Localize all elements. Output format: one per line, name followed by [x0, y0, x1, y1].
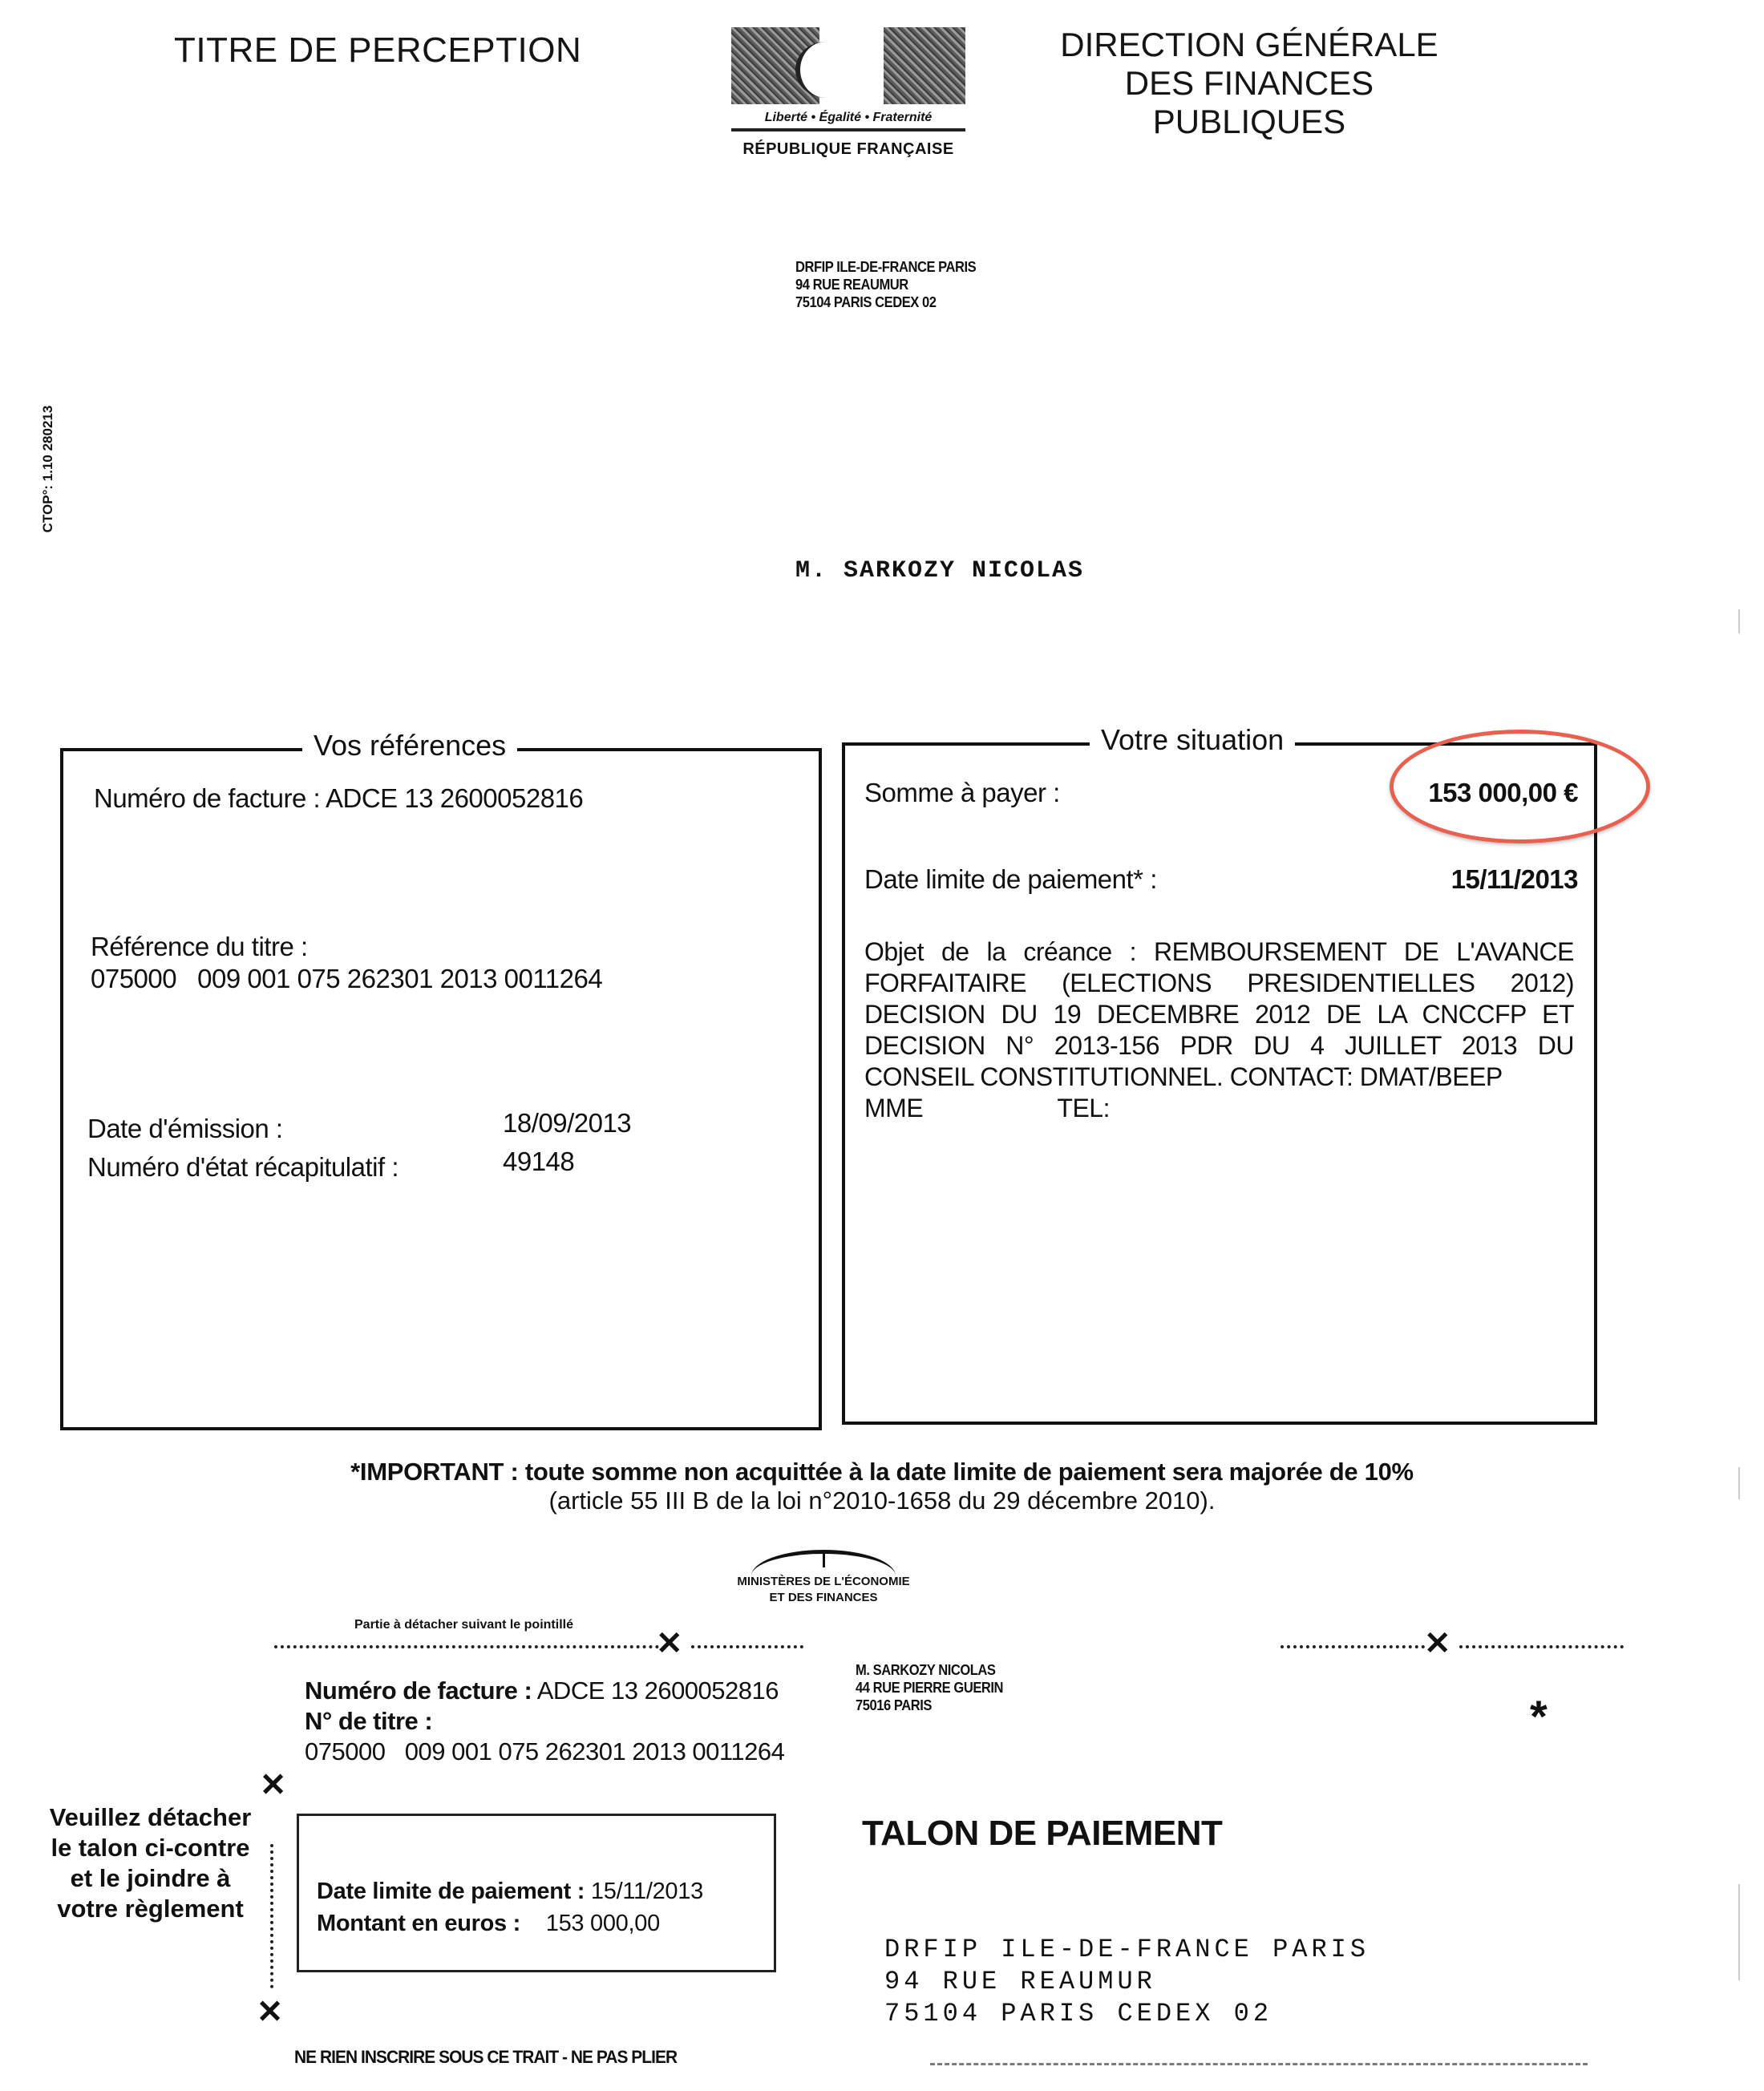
late-payment-notice: *IMPORTANT : toute somme non acquittée à…: [0, 1458, 1764, 1515]
notice-line-2: (article 55 III B de la loi n°2010-1658 …: [0, 1486, 1764, 1515]
return-address-line: 75104 PARIS CEDEX 02: [884, 1998, 1370, 2030]
scissors-icon: ✕: [1424, 1628, 1451, 1660]
payer-address-line: M. SARKOZY NICOLAS: [856, 1661, 1003, 1679]
due-date-value: 15/11/2013: [1451, 864, 1578, 895]
amount-label: Somme à payer :: [864, 778, 1060, 808]
scissors-icon: ✕: [256, 1770, 288, 1798]
claim-object: Objet de la créance : REMBOURSEMENT DE L…: [864, 936, 1574, 1124]
detach-label: Partie à détacher suivant le pointillé: [354, 1618, 573, 1632]
references-legend: Vos références: [302, 729, 517, 762]
recipient-name: M. SARKOZY NICOLAS: [795, 557, 1084, 584]
return-address: DRFIP ILE-DE-FRANCE PARIS 94 RUE REAUMUR…: [884, 1934, 1370, 2030]
form-code: CTOP°: 1.10 280213: [40, 393, 56, 545]
issue-date-value: 18/09/2013: [503, 1108, 631, 1139]
claim-object-text: Objet de la créance : REMBOURSEMENT DE L…: [864, 937, 1574, 1091]
marianne-flag-icon: [731, 27, 965, 104]
agency-name: DIRECTION GÉNÉRALE DES FINANCES PUBLIQUE…: [1025, 26, 1474, 141]
talon-invoice-number: ADCE 13 2600052816: [537, 1676, 779, 1705]
return-address-line: 94 RUE REAUMUR: [884, 1966, 1370, 1998]
invoice-number: ADCE 13 2600052816: [326, 783, 583, 813]
talon-title-no-label: N° de titre :: [305, 1706, 784, 1737]
bottom-scan-marks: [930, 2063, 1588, 2065]
talon-due-date-row: Date limite de paiement : 15/11/2013: [317, 1879, 703, 1905]
invoice-label: Numéro de facture :: [94, 783, 320, 813]
scan-edge-mark: [1738, 609, 1740, 633]
scissors-icon: ✕: [253, 1997, 285, 2024]
detach-dotted-line-right-a: [1281, 1645, 1425, 1648]
amount-highlight-circle: [1390, 730, 1650, 843]
issue-date-label: Date d'émission :: [87, 1114, 283, 1144]
due-date-label: Date limite de paiement* :: [864, 864, 1157, 895]
agency-line-2: DES FINANCES PUBLIQUES: [1025, 64, 1474, 141]
payer-address: M. SARKOZY NICOLAS 44 RUE PIERRE GUERIN …: [856, 1661, 1003, 1714]
summary-number-label: Numéro d'état récapitulatif :: [87, 1152, 399, 1183]
logo-name: RÉPUBLIQUE FRANÇAISE: [731, 140, 965, 159]
contact-line: MME TEL:: [864, 1093, 1574, 1124]
talon-amount-row: Montant en euros : 153 000,00: [317, 1911, 660, 1937]
talon-invoice-label: Numéro de facture :: [305, 1676, 532, 1705]
title-ref-value: 075000 009 001 075 262301 2013 0011264: [91, 964, 602, 994]
scan-edge-mark: [1738, 1467, 1740, 1499]
detach-dotted-line-right-b: [1459, 1645, 1624, 1648]
asterisk-marker: *: [1530, 1690, 1548, 1742]
agency-line-1: DIRECTION GÉNÉRALE: [1025, 26, 1474, 64]
talon-title: TALON DE PAIEMENT: [862, 1814, 1222, 1854]
republique-francaise-logo: Liberté • Égalité • Fraternité RÉPUBLIQU…: [728, 24, 969, 168]
ministry-name: MINISTÈRES DE L'ÉCONOMIE ET DES FINANCES: [715, 1574, 932, 1606]
invoice-number-row: Numéro de facture : ADCE 13 2600052816: [94, 783, 583, 814]
ministry-line-2: ET DES FINANCES: [715, 1590, 932, 1606]
ministry-emblem: MINISTÈRES DE L'ÉCONOMIE ET DES FINANCES: [715, 1543, 932, 1616]
sender-address-line: 94 RUE REAUMUR: [795, 276, 976, 293]
detach-instruction: Veuillez détacher le talon ci-contre et …: [40, 1802, 261, 1924]
talon-amount: 153 000,00: [546, 1911, 660, 1936]
return-address-line: DRFIP ILE-DE-FRANCE PARIS: [884, 1934, 1370, 1966]
situation-box: Votre situation Somme à payer : 153 000,…: [842, 742, 1597, 1425]
sender-address: DRFIP ILE-DE-FRANCE PARIS 94 RUE REAUMUR…: [795, 258, 976, 311]
logo-motto: Liberté • Égalité • Fraternité: [731, 111, 965, 131]
scan-edge-mark: [1738, 1884, 1740, 1980]
talon-references: Numéro de facture : ADCE 13 2600052816 N…: [305, 1676, 784, 1767]
talon-payment-box: Date limite de paiement : 15/11/2013 Mon…: [297, 1814, 776, 1972]
vertical-cut-line: [270, 1844, 273, 1988]
situation-legend: Votre situation: [1090, 723, 1295, 757]
sender-address-line: DRFIP ILE-DE-FRANCE PARIS: [795, 258, 976, 276]
sender-address-line: 75104 PARIS CEDEX 02: [795, 293, 976, 311]
ministry-line-1: MINISTÈRES DE L'ÉCONOMIE: [715, 1574, 932, 1590]
footer-note: NE RIEN INSCRIRE SOUS CE TRAIT - NE PAS …: [294, 2047, 677, 2068]
talon-amount-label: Montant en euros :: [317, 1911, 520, 1936]
talon-due-date: 15/11/2013: [591, 1879, 703, 1904]
references-box: Vos références Numéro de facture : ADCE …: [60, 748, 822, 1430]
talon-title-no: 075000 009 001 075 262301 2013 0011264: [305, 1737, 784, 1767]
talon-due-date-label: Date limite de paiement :: [317, 1879, 585, 1904]
document-title: TITRE DE PERCEPTION: [174, 30, 581, 71]
detach-dotted-line-left: [274, 1645, 659, 1648]
notice-line-1: *IMPORTANT : toute somme non acquittée à…: [0, 1458, 1764, 1486]
payer-address-line: 75016 PARIS: [856, 1697, 1003, 1714]
payer-address-line: 44 RUE PIERRE GUERIN: [856, 1679, 1003, 1697]
scissors-icon: ✕: [656, 1628, 683, 1660]
title-ref-label: Référence du titre :: [91, 932, 308, 962]
summary-number-value: 49148: [503, 1147, 574, 1177]
detach-dotted-line-mid: [691, 1645, 803, 1648]
